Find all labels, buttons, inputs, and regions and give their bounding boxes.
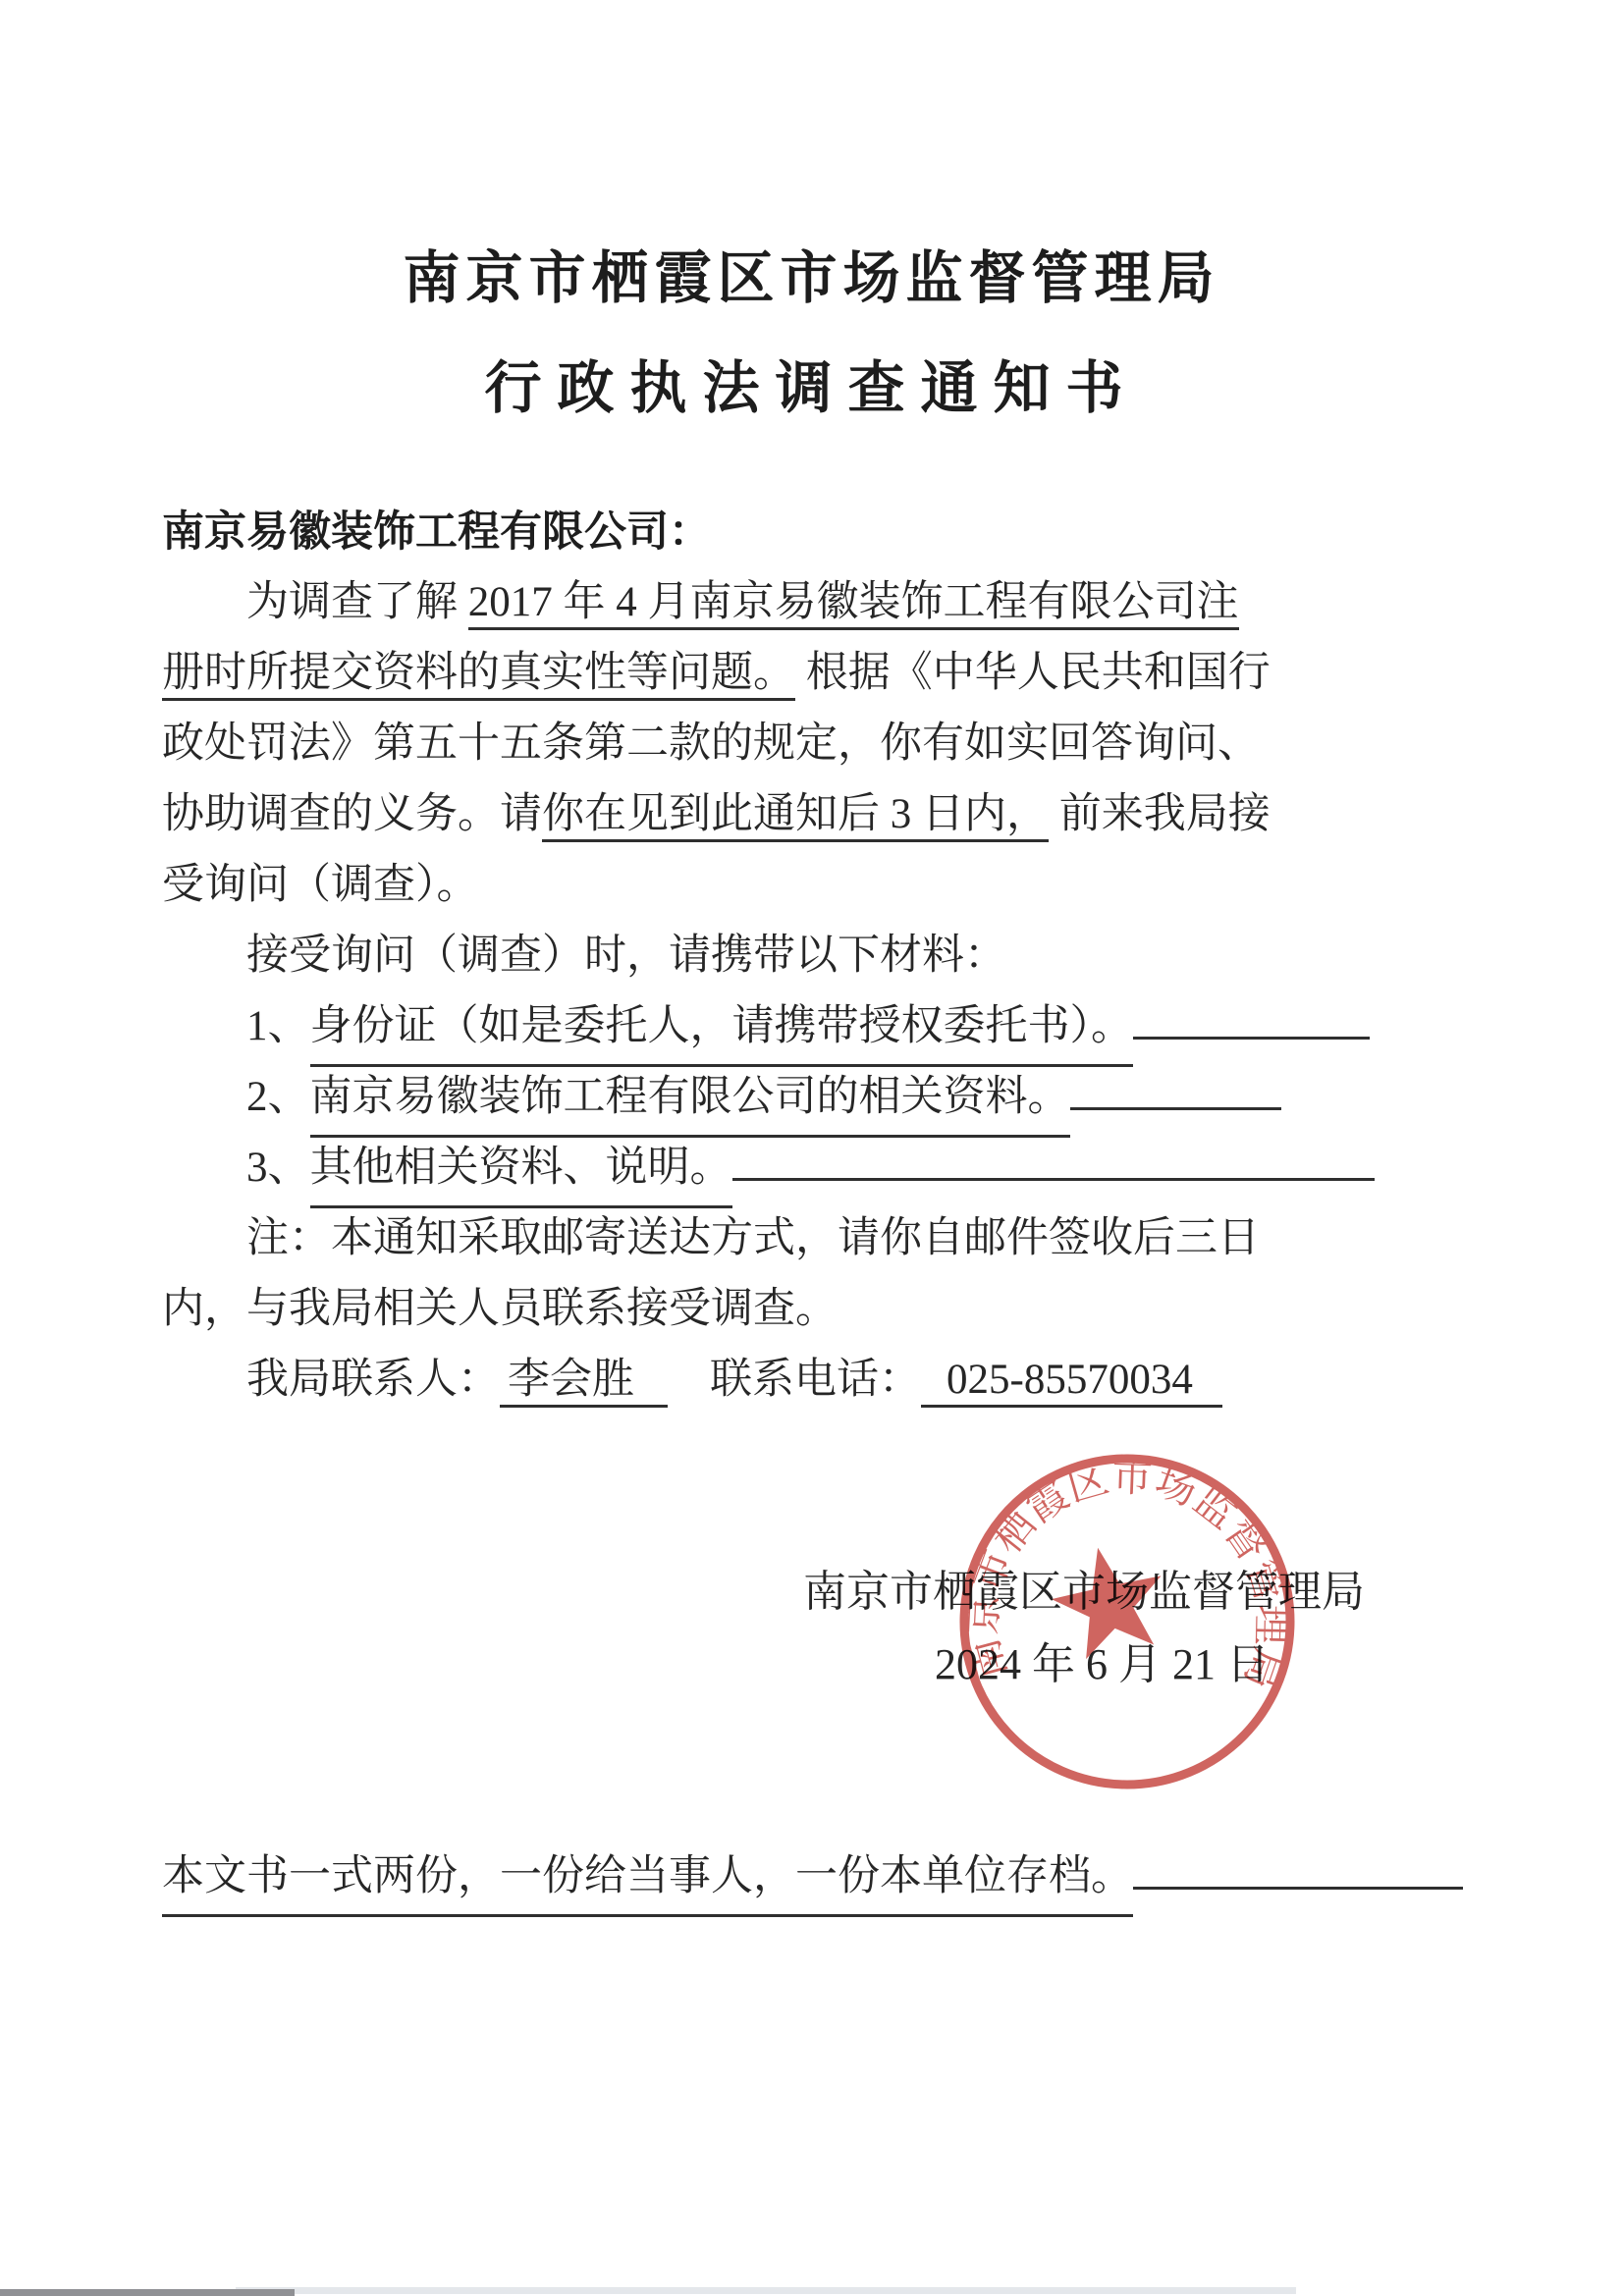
body-text: 注：本通知采取邮寄送达方式，请你自邮件签收后三日 <box>246 1215 1260 1261</box>
stamp-ring-char: 市 <box>1111 1454 1154 1500</box>
underlined-text: 南京易徽装饰工程有限公司的相关资料。 <box>310 1062 1070 1138</box>
item-number: 2、 <box>246 1062 310 1133</box>
material-item-2: 2、南京易徽装饰工程有限公司的相关资料。 <box>162 1062 1281 1133</box>
official-seal-stamp: 南京市栖霞区市场监督管理局 <box>941 1435 1314 1808</box>
footer-copies-note: 本文书一式两份，一份给当事人，一份本单位存档。 <box>162 1842 1463 1912</box>
item-number: 3、 <box>246 1133 310 1203</box>
contact-person-name: 李会胜 <box>500 1357 668 1408</box>
underlined-text: 2017 年 4 月南京易徽装饰工程有限公司注 <box>468 579 1239 630</box>
item-number: 1、 <box>246 991 310 1062</box>
body-text: 根据《中华人民共和国行 <box>795 650 1271 696</box>
note-line1: 注：本通知采取邮寄送达方式，请你自邮件签收后三日 <box>162 1203 1463 1274</box>
contact-line: 我局联系人：李会胜 联系电话：025-85570034 <box>162 1345 1463 1415</box>
underline-filler <box>1133 1887 1463 1890</box>
material-item-3: 3、其他相关资料、说明。 <box>162 1133 1375 1203</box>
underline-filler <box>732 1178 1376 1181</box>
materials-intro-line: 接受询问（调查）时，请携带以下材料： <box>162 921 1463 991</box>
scan-artifact-dark <box>0 2289 295 2296</box>
underlined-text: 册时所提交资料的真实性等问题。 <box>162 650 795 701</box>
body-text: 前来我局接 <box>1049 791 1271 837</box>
addressee-line: 南京易徽装饰工程有限公司： <box>162 497 1463 567</box>
note-line2: 内，与我局相关人员联系接受调查。 <box>162 1274 1463 1345</box>
stamp-ring-text: 南京市栖霞区市场监督管理局 <box>957 1449 1300 1695</box>
body-text: 为调查了解 <box>246 579 468 625</box>
body-text: 协助调查的义务。请 <box>162 791 542 837</box>
underline-filler <box>1133 1037 1370 1040</box>
body-text: 受询问（调查）。 <box>162 862 479 908</box>
paragraph1-line2: 册时所提交资料的真实性等问题。 根据《中华人民共和国行 <box>162 638 1463 709</box>
page-title-notice-type: 行政执法调查通知书 <box>0 342 1623 424</box>
paragraph1-line5: 受询问（调查）。 <box>162 850 1463 921</box>
addressee-text: 南京易徽装饰工程有限公司： <box>162 508 711 556</box>
page-title-agency: 南京市栖霞区市场监督管理局 <box>0 232 1623 314</box>
paragraph1-line1: 为调查了解 2017 年 4 月南京易徽装饰工程有限公司注 <box>162 567 1463 638</box>
body-text: 接受询问（调查）时，请携带以下材料： <box>246 933 1006 979</box>
material-item-1: 1、身份证（如是委托人，请携带授权委托书）。 <box>162 991 1370 1062</box>
scan-artifact-light <box>236 2287 1296 2294</box>
contact-phone-label: 联系电话： <box>710 1357 921 1403</box>
underlined-text: 其他相关资料、说明。 <box>310 1133 732 1208</box>
document-page: 南京市栖霞区市场监督管理局 行政执法调查通知书 南京易徽装饰工程有限公司： 为调… <box>0 0 1623 2296</box>
underlined-text: 你在见到此通知后 3 日内， <box>542 791 1049 842</box>
contact-phone-number: 025-85570034 <box>921 1357 1222 1408</box>
contact-person-label: 我局联系人： <box>246 1357 500 1403</box>
document-body: 南京易徽装饰工程有限公司： 为调查了解 2017 年 4 月南京易徽装饰工程有限… <box>162 497 1463 1415</box>
paragraph1-line3: 政处罚法》第五十五条第二款的规定，你有如实回答询问、 <box>162 709 1463 779</box>
stamp-star-icon <box>1043 1536 1174 1664</box>
spacer <box>668 1357 710 1403</box>
underlined-text: 身份证（如是委托人，请携带授权委托书）。 <box>310 991 1134 1067</box>
underline-filler <box>1070 1107 1282 1110</box>
underlined-text: 本文书一式两份，一份给当事人，一份本单位存档。 <box>162 1842 1133 1917</box>
paragraph1-line4: 协助调查的义务。请你在见到此通知后 3 日内， 前来我局接 <box>162 779 1463 850</box>
body-text: 政处罚法》第五十五条第二款的规定，你有如实回答询问、 <box>162 721 1260 767</box>
stamp-ring-char: 京 <box>959 1593 1006 1635</box>
body-text: 内，与我局相关人员联系接受调查。 <box>162 1286 838 1332</box>
stamp-ring-char: 理 <box>1249 1604 1295 1645</box>
